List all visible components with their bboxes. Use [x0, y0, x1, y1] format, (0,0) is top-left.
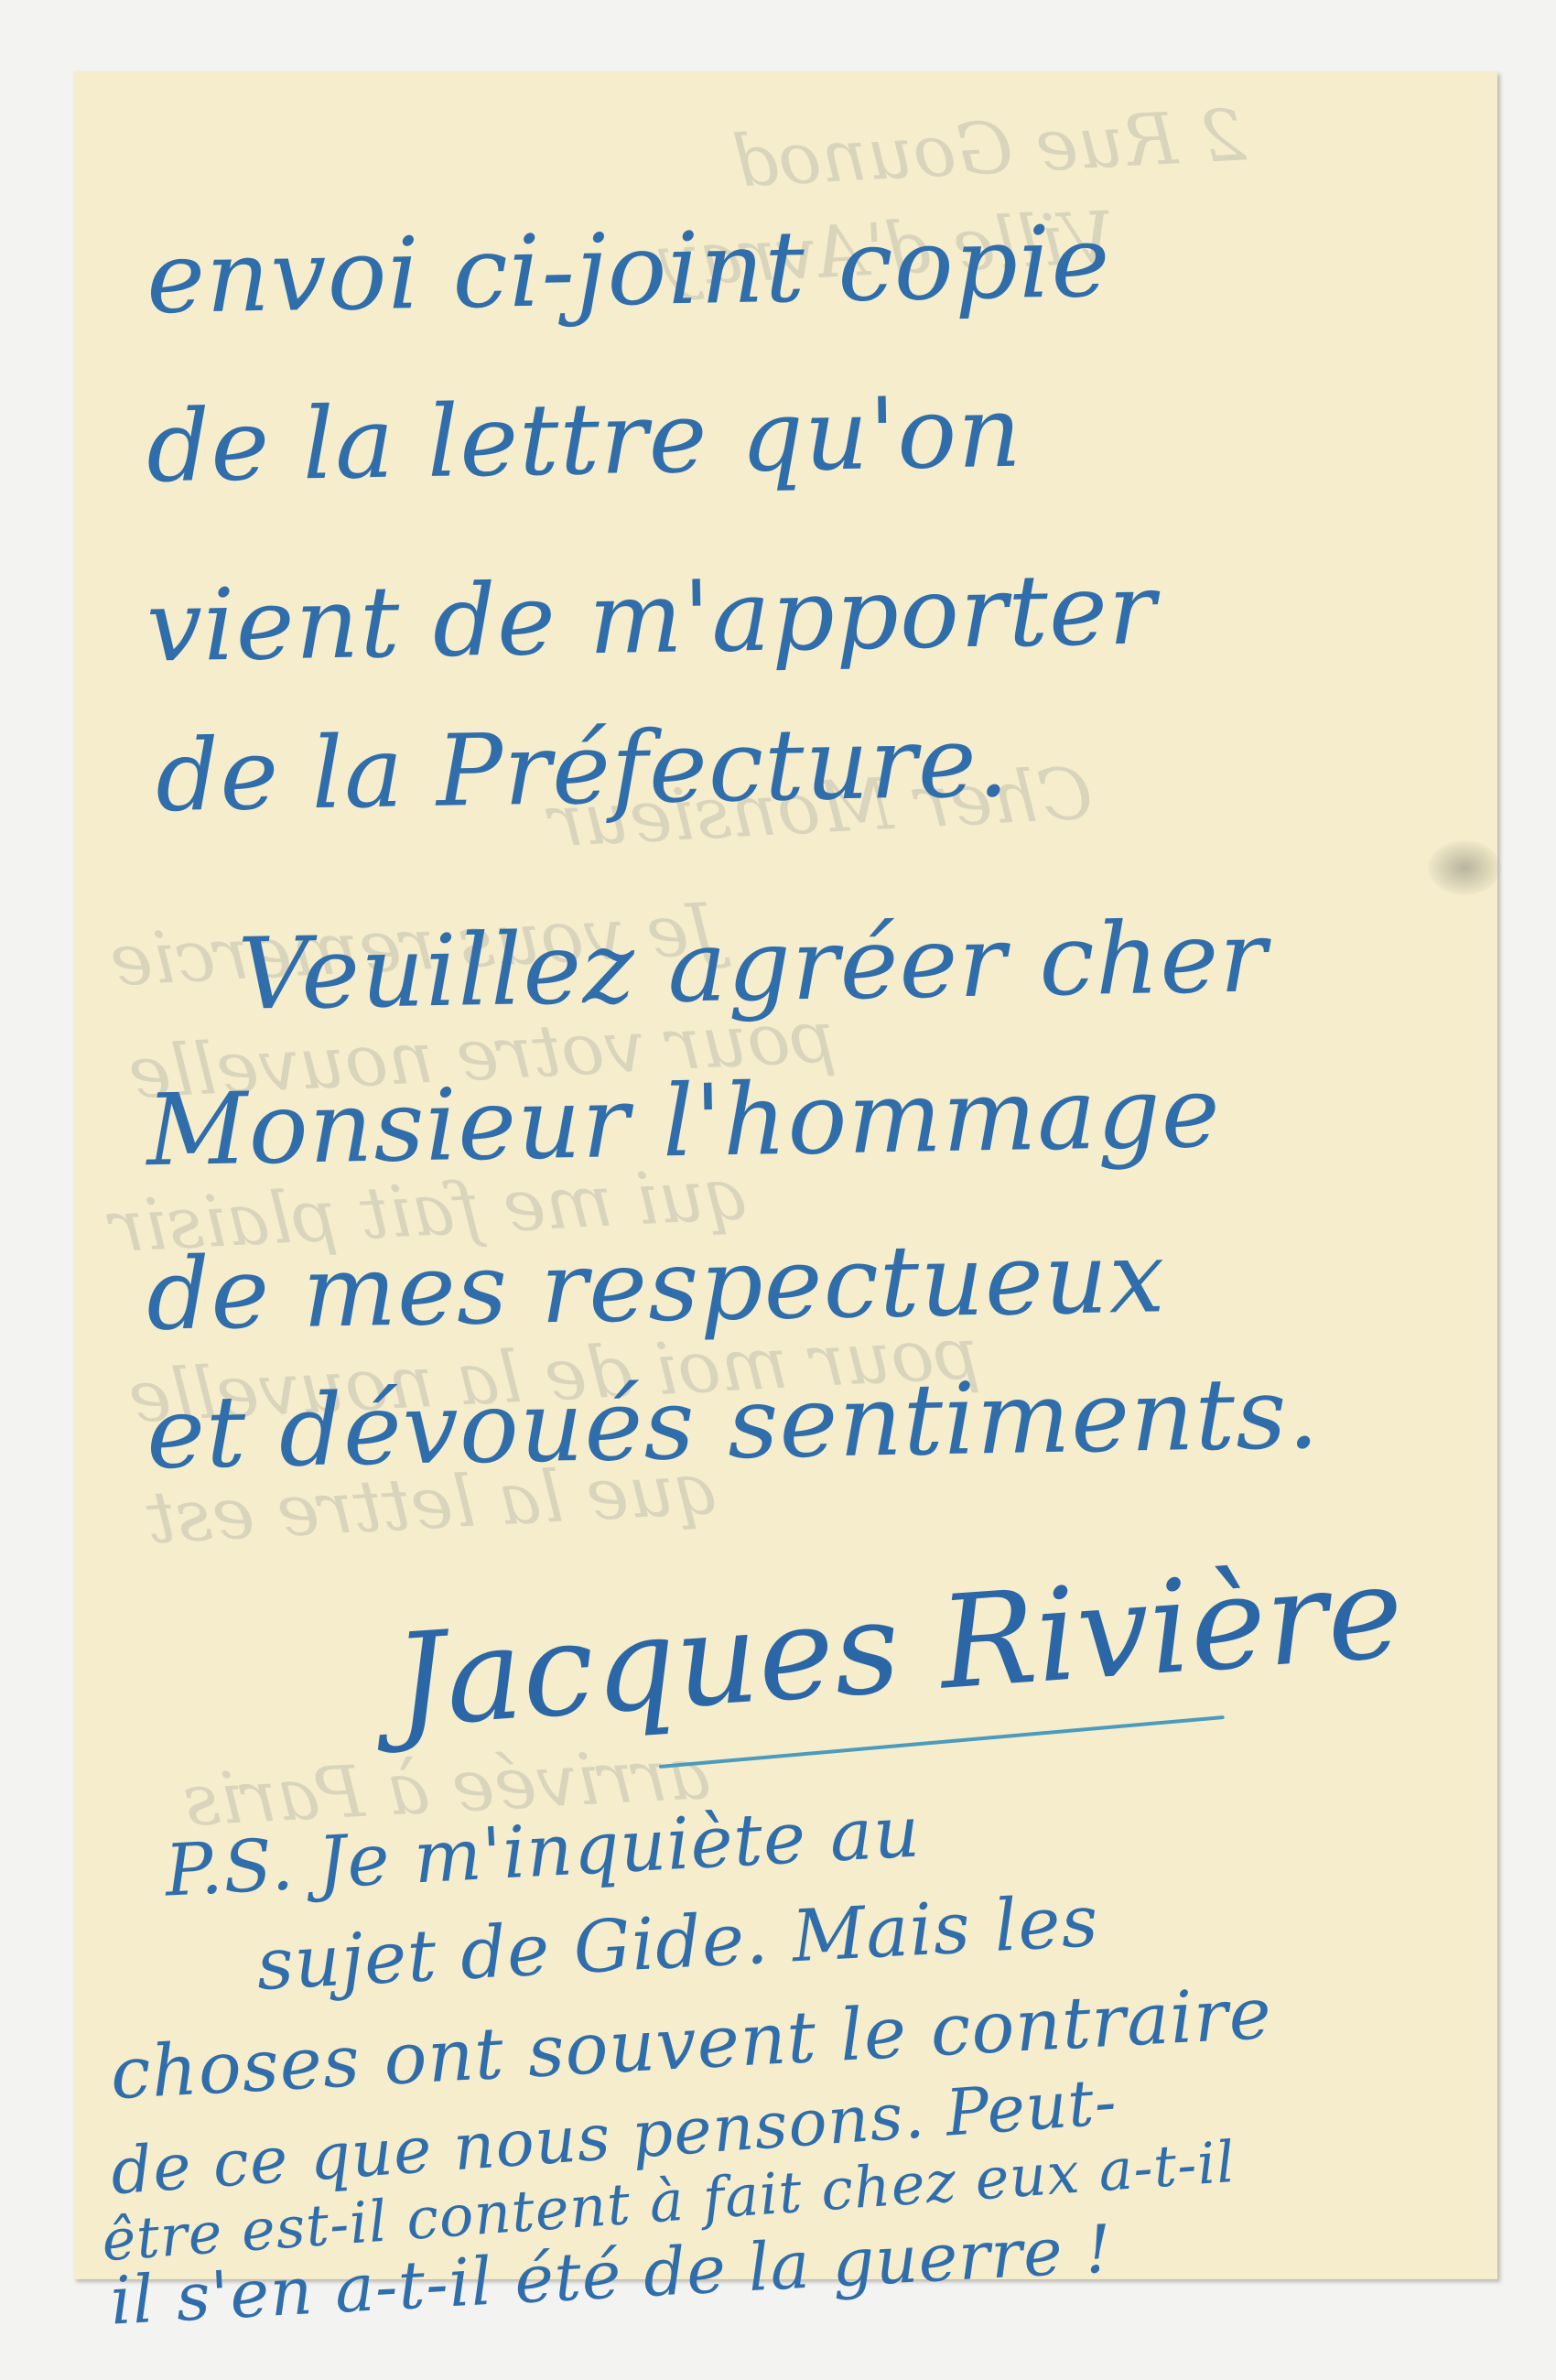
- letter-page: 2 Rue Gounod Ville d'Avray Cher Monsieur…: [73, 71, 1497, 2279]
- bleed-through-line: 2 Rue Gounod: [730, 94, 1248, 203]
- letter-line: Veuillez agréer cher: [237, 900, 1269, 1033]
- letter-line: de la lettre qu'on: [146, 375, 1023, 505]
- letter-line: de la Préfecture.: [155, 705, 1010, 834]
- letter-line: envoi ci-joint copie: [146, 205, 1111, 336]
- letter-line: et dévoués sentiments.: [146, 1357, 1321, 1491]
- ink-smudge: [1428, 840, 1501, 895]
- letter-line: de mes respectueux: [146, 1220, 1166, 1352]
- letter-line: vient de m'apporter: [146, 552, 1157, 684]
- signature: Jacques Rivière: [390, 1538, 1408, 1758]
- letter-line: Monsieur l'hommage: [146, 1055, 1222, 1188]
